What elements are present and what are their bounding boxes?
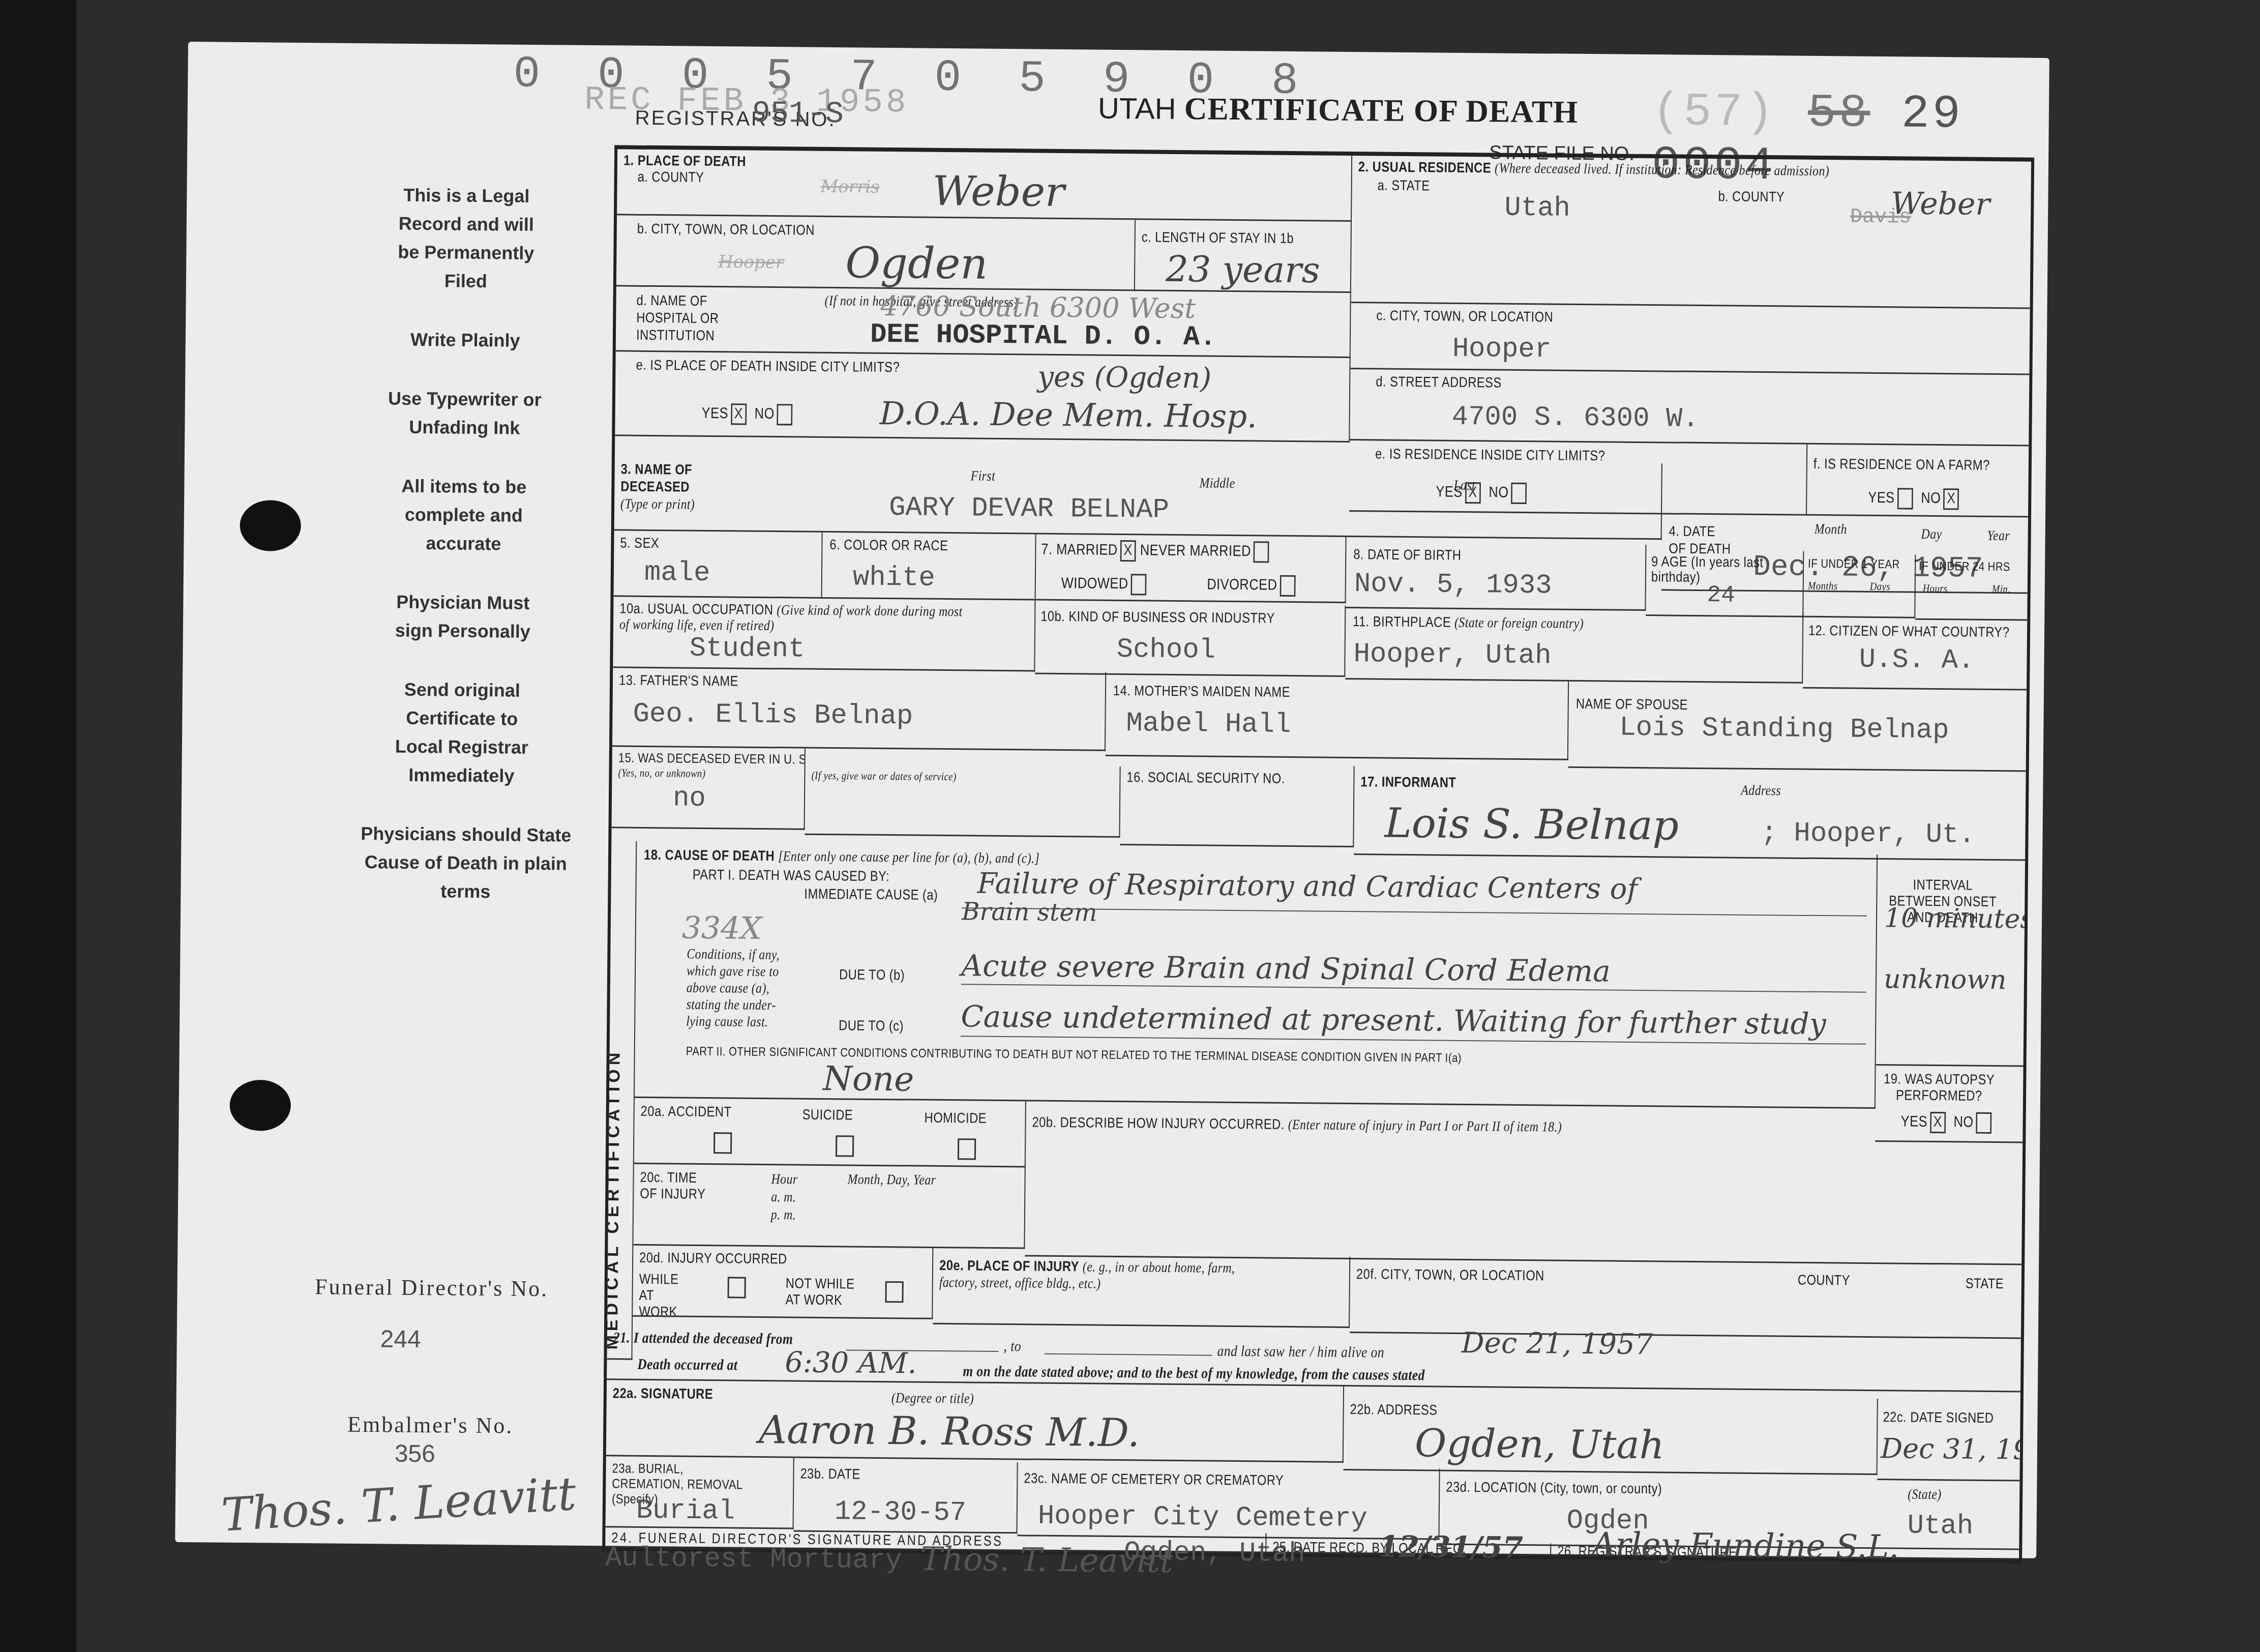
birthplace-hint: (State or foreign country) [1454, 615, 1584, 632]
divorced-checkbox[interactable] [1280, 575, 1295, 597]
field-birthplace[interactable]: 11. BIRTHPLACE (State or foreign country… [1345, 608, 1803, 684]
punch-hole-lower [229, 1080, 291, 1131]
usual-residence-label: 2. USUAL RESIDENCE [1358, 159, 1491, 175]
cause-b-value: Acute severe Brain and Spinal Cord Edema [961, 948, 1611, 988]
field-physician-signature[interactable]: 22a. SIGNATURE (Degree or title) Aaron B… [606, 1380, 1344, 1463]
signature-label: 22a. SIGNATURE [613, 1385, 713, 1402]
citizen-value: U.S. A. [1859, 644, 1974, 676]
embalmer-no: 356 [395, 1440, 436, 1468]
length-of-stay-label: c. LENGTH OF STAY IN 1b [1142, 229, 1294, 247]
state-file-struck: 58 [1808, 86, 1870, 140]
suicide-label: SUICIDE [802, 1107, 853, 1124]
funeral-home-value: Aultorest Mortuary [605, 1543, 902, 1576]
never-married-checkbox[interactable] [1254, 541, 1269, 563]
homicide-label: HOMICIDE [924, 1110, 987, 1127]
age-value: 24 [1707, 582, 1735, 608]
hour-label: Hour [771, 1171, 797, 1187]
death-city-struck: Hooper [718, 252, 784, 273]
date-signed-value: Dec 31, 1957 [1881, 1432, 2020, 1466]
spouse-value: Lois Standing Belnap [1619, 713, 1949, 747]
hospital-typed: DEE HOSPITAL D. O. A. [870, 319, 1216, 353]
death-city-value: Ogden [845, 238, 988, 288]
attended-label: 21. I attended the deceased from [613, 1329, 793, 1347]
burial-date-value: 12-30-57 [835, 1496, 967, 1528]
title-state: UTAH [1098, 92, 1176, 126]
field-physician-address[interactable]: 22b. ADDRESS Ogden, Utah [1344, 1394, 1878, 1475]
first-label: First [970, 468, 995, 484]
field-mother[interactable]: 14. MOTHER'S MAIDEN NAME Mabel Hall [1106, 677, 1569, 760]
death-inside-city-label: e. IS PLACE OF DEATH INSIDE CITY LIMITS? [636, 357, 900, 376]
last-label: Last [1453, 478, 1475, 493]
part2-value: None [823, 1059, 914, 1099]
mother-label: 14. MOTHER'S MAIDEN NAME [1113, 683, 1290, 700]
death-county-label: a. COUNTY [638, 169, 704, 186]
married-checkbox[interactable]: X [1120, 540, 1136, 562]
residence-city-value: Hooper [1452, 334, 1552, 366]
field-hospital[interactable]: d. NAME OF HOSPITAL OR INSTITUTION (If n… [616, 286, 1351, 358]
injury-describe-hint: (Enter nature of injury in Part I or Par… [1288, 1117, 1562, 1135]
field-informant[interactable]: 17. INFORMANT Address Lois S. Belnap ; H… [1354, 769, 2026, 861]
state-file-prefix: (57) [1652, 85, 1777, 139]
citizen-label: 12. CITIZEN OF WHAT COUNTRY? [1808, 623, 2010, 640]
ssn-label: 16. SOCIAL SECURITY NO. [1126, 769, 1285, 787]
field-attendance-statement[interactable]: 21. I attended the deceased from , to an… [607, 1319, 2021, 1392]
field-under-24-hrs[interactable]: IF UNDER 24 HRS Hours Min. [1915, 556, 2028, 621]
field-injury-at-work[interactable]: 20d. INJURY OCCURRED WHILE AT WORK NOT W… [633, 1246, 933, 1319]
death-time: 6:30 AM. [785, 1346, 917, 1380]
death-county-struck: Morris [820, 176, 879, 197]
field-race[interactable]: 6. COLOR OR RACE white [822, 533, 1036, 601]
due-to-b-label: DUE TO (b) [839, 966, 905, 983]
occupation-label: 10a. USUAL OCCUPATION [619, 600, 773, 617]
armed-forces-label: 15. WAS DECEASED EVER IN U. S. ARMED FOR… [618, 750, 806, 768]
field-date-of-birth[interactable]: 8. DATE OF BIRTH Nov. 5, 1933 [1346, 542, 1646, 611]
residence-state-value: Utah [1504, 193, 1570, 224]
married-label: MARRIED [1056, 541, 1118, 558]
business-label: 10b. KIND OF BUSINESS OR INDUSTRY [1040, 608, 1275, 627]
embalmer-no-label: Embalmer's No. [278, 1411, 583, 1439]
field-death-county[interactable]: 1. PLACE OF DEATH a. COUNTY Morris Weber [617, 149, 1352, 222]
time-injury-label: 20c. TIME OF INJURY [640, 1169, 713, 1202]
attended-to-label: , to [1004, 1338, 1022, 1354]
cause-a2-value: Brain stem [962, 897, 1097, 927]
cause-code: 334X [682, 910, 762, 947]
injury-state-label: STATE [1966, 1276, 2004, 1292]
autopsy-label: 19. WAS AUTOPSY PERFORMED? [1881, 1071, 1998, 1104]
deceased-name-value: GARY DEVAR BELNAP [889, 492, 1169, 526]
while-work-checkbox[interactable] [727, 1277, 746, 1298]
death-inside-city-no-checkbox[interactable] [777, 404, 793, 425]
conditions-hint: Conditions, if any, which gave rise to a… [686, 947, 780, 1030]
widowed-checkbox[interactable] [1131, 574, 1147, 595]
note-plain-terms: Physicians should State Cause of Death i… [359, 819, 573, 907]
residence-city-label: c. CITY, TOWN, OR LOCATION [1376, 307, 1553, 325]
field-cause-of-death[interactable]: 18. CAUSE OF DEATH [Enter only one cause… [635, 844, 1878, 1109]
note-complete: All items to be complete and accurate [387, 471, 540, 558]
field-manner[interactable]: 20a. ACCIDENT SUICIDE HOMICIDE [634, 1098, 1026, 1168]
dob-label: 8. DATE OF BIRTH [1353, 546, 1461, 564]
burial-location-label: 23d. LOCATION (City, town, or county) [1446, 1479, 1662, 1497]
residence-county-value: Weber [1891, 186, 1990, 222]
race-value: white [853, 562, 936, 594]
homicide-checkbox[interactable] [958, 1138, 976, 1160]
armed-forces-hint2: (If yes, give war or dates of service) [811, 769, 956, 783]
field-burial-date[interactable]: 23b. DATE 12-30-57 [793, 1461, 1018, 1534]
father-value: Geo. Ellis Belnap [633, 699, 913, 732]
year-label: Year [1987, 528, 2010, 544]
note-typewriter: Use Typewriter or Unfading Ink [378, 384, 551, 442]
date-signed-label: 22c. DATE SIGNED [1883, 1409, 1994, 1426]
residence-state-label: a. STATE [1377, 177, 1430, 194]
physician-address-label: 22b. ADDRESS [1350, 1401, 1437, 1418]
informant-signature: Lois S. Belnap [1384, 800, 1679, 849]
month-label: Month [1815, 521, 1848, 538]
funeral-director-no: 244 [380, 1325, 422, 1353]
death-inside-city-note: yes (Ogden) [1037, 361, 1211, 395]
place-injury-label: 20e. PLACE OF INJURY [939, 1257, 1079, 1274]
funeral-director-no-label: Funeral Director's No. [279, 1274, 584, 1303]
injury-county-label: COUNTY [1798, 1272, 1850, 1289]
burial-state-value: Utah [1907, 1511, 1973, 1542]
residence-street-value: 4700 S. 6300 W. [1451, 402, 1699, 435]
interval-a-value: 10 minutes [1884, 903, 2025, 935]
alive-on-label: alive on [1341, 1344, 1384, 1361]
birthplace-value: Hooper, Utah [1353, 639, 1551, 671]
informant-label: 17. INFORMANT [1360, 774, 1456, 790]
physician-signature: Aaron B. Ross M.D. [759, 1407, 1140, 1456]
residence-county-label: b. COUNTY [1718, 188, 1785, 205]
certificate-title: UTAH CERTIFICATE OF DEATH [1098, 91, 1579, 131]
field-length-of-stay[interactable]: c. LENGTH OF STAY IN 1b 23 years [1135, 220, 1352, 293]
physician-address: Ogden, Utah [1415, 1420, 1664, 1467]
cause-c-value: Cause undetermined at present. Waiting f… [961, 999, 1826, 1041]
mdy-label: Month, Day, Year [847, 1171, 936, 1188]
usual-residence-hint: (Where deceased lived. If institution: R… [1495, 160, 1829, 179]
degree-label: (Degree or title) [891, 1390, 974, 1406]
death-inside-city-yes-checkbox[interactable]: X [731, 403, 747, 425]
informant-address-label: Address [1741, 783, 1781, 799]
residence-street-label: d. STREET ADDRESS [1376, 373, 1502, 391]
place-of-death-label: 1. PLACE OF DEATH [623, 152, 746, 169]
suicide-checkbox[interactable] [836, 1135, 854, 1157]
field-spouse[interactable]: NAME OF SPOUSE Lois Standing Belnap [1568, 692, 2027, 772]
day-label: Day [1921, 526, 1942, 542]
divorced-label: DIVORCED [1207, 576, 1277, 593]
scanner-edge-strip [0, 0, 76, 1652]
field-marital-status[interactable]: 7. MARRIEDXNEVER MARRIED WIDOWEDDIVORCED [1035, 535, 1346, 603]
death-city-label: b. CITY, TOWN, OR LOCATION [637, 221, 815, 239]
certificate-form: 1. PLACE OF DEATH a. COUNTY Morris Weber… [602, 145, 2034, 1563]
marital-num: 7. [1041, 541, 1052, 558]
field-father[interactable]: 13. FATHER'S NAME Geo. Ellis Belnap [612, 668, 1106, 751]
medical-certification-band: MEDICAL CERTIFICATION [607, 841, 637, 1360]
am-label: a. m. [771, 1189, 796, 1205]
widowed-label: WIDOWED [1061, 575, 1128, 592]
accident-checkbox[interactable] [713, 1132, 732, 1154]
her-him-label: her / him [1289, 1343, 1337, 1361]
interval-b-value: unknown [1884, 964, 2007, 995]
not-while-work-label: NOT WHILE AT WORK [785, 1275, 855, 1308]
death-occurred-label: Death occurred at [637, 1356, 737, 1374]
death-county-value: Weber [932, 167, 1065, 216]
months-label: Months [1808, 579, 1838, 593]
under-1-year-label: IF UNDER 1 YEAR [1808, 557, 1900, 572]
disposition-value: Burial [636, 1495, 735, 1527]
accident-label: 20a. ACCIDENT [641, 1103, 732, 1120]
hospital-label: d. NAME OF HOSPITAL OR INSTITUTION [636, 292, 749, 345]
field-citizen[interactable]: 12. CITIZEN OF WHAT COUNTRY? U.S. A. [1803, 617, 2027, 691]
pm-label: p. m. [771, 1207, 796, 1223]
last-saw-label: and last saw [1217, 1343, 1285, 1360]
sex-label: 5. SEX [620, 535, 659, 551]
note-write-plainly: Write Plainly [389, 325, 542, 355]
occupation-value: Student [689, 633, 805, 665]
while-work-label: WHILE AT WORK [639, 1271, 695, 1319]
never-married-label: NEVER MARRIED [1140, 542, 1251, 559]
deceased-name-hint: (Type or print) [620, 496, 695, 512]
field-residence-street[interactable]: d. STREET ADDRESS 4700 S. 6300 W. [1350, 369, 2029, 447]
residence-farm-label: f. IS RESIDENCE ON A FARM? [1813, 456, 1990, 474]
field-occupation[interactable]: 10a. USUAL OCCUPATION (Give kind of work… [613, 597, 1035, 671]
note-physician-sign: Physician Must sign Personally [386, 587, 540, 646]
race-label: 6. COLOR OR RACE [829, 537, 948, 554]
field-residence-state-county[interactable]: 2. USUAL RESIDENCE (Where deceased lived… [1351, 156, 2031, 309]
field-armed-forces[interactable]: 15. WAS DECEASED EVER IN U. S. ARMED FOR… [612, 747, 806, 830]
cause-of-death-label: 18. CAUSE OF DEATH [644, 847, 775, 864]
cause-of-death-hint: [Enter only one cause per line for (a), … [778, 848, 1039, 866]
hours-label: Hours [1923, 582, 1948, 595]
residence-farm-yes-checkbox[interactable] [1897, 488, 1913, 509]
days-label: Days [1870, 580, 1890, 593]
field-deceased-name[interactable]: 3. NAME OF DECEASED(Type or print) First… [614, 454, 1662, 540]
field-disposition[interactable]: 23a. BURIAL, CREMATION, REMOVAL (Specify… [606, 1456, 794, 1529]
length-of-stay-value: 23 years [1166, 248, 1320, 291]
punch-hole-upper [240, 500, 301, 551]
min-label: Min. [1992, 582, 2011, 595]
registrar-no: 951-S [752, 97, 844, 132]
note-legal-record: This is a Legal Record and will be Perma… [390, 181, 543, 296]
field-date-signed[interactable]: 22c. DATE SIGNED Dec 31, 1957 [1877, 1404, 2020, 1481]
part2-label: PART II. OTHER SIGNIFICANT CONDITIONS CO… [686, 1045, 1462, 1066]
medical-certification-label: MEDICAL CERTIFICATION [607, 1048, 624, 1349]
field-cemetery[interactable]: 23c. NAME OF CEMETERY OR CREMATORY Hoope… [1017, 1465, 1440, 1540]
burial-date-label: 23b. DATE [800, 1466, 860, 1483]
part1-label: PART I. DEATH WAS CAUSED BY: [693, 867, 890, 884]
deceased-name-label: 3. NAME OF DECEASED [620, 461, 692, 494]
field-armed-forces-service[interactable]: (If yes, give war or dates of service) [805, 764, 1120, 838]
cemetery-value: Hooper City Cemetery [1037, 1501, 1367, 1535]
armed-forces-hint1: (Yes, no, or unknown) [618, 766, 705, 779]
death-inside-city-note2: D.O.A. Dee Mem. Hosp. [879, 395, 1257, 435]
under-24-label: IF UNDER 24 HRS [1919, 559, 2010, 575]
mother-value: Mabel Hall [1126, 708, 1291, 741]
registrar-signature: Arley Fundine S.L. [1592, 1526, 1899, 1566]
birthplace-label: 11. BIRTHPLACE [1353, 613, 1451, 630]
certificate-paper: 0 0 0 5 7 0 5 9 0 8 REC FEB 3 1958 REGIS… [175, 42, 2049, 1558]
burial-state-label: (State) [1908, 1487, 1942, 1503]
informant-address: ; Hooper, Ut. [1761, 818, 1975, 851]
field-interval[interactable]: INTERVAL BETWEEN ONSET AND DEATH 10 minu… [1876, 872, 2025, 1067]
last-saw-date: Dec 21, 1957 [1461, 1326, 1653, 1361]
field-death-inside-city[interactable]: e. IS PLACE OF DEATH INSIDE CITY LIMITS?… [615, 351, 1350, 442]
residence-farm-no-checkbox[interactable]: X [1943, 488, 1959, 510]
field-under-1-year[interactable]: IF UNDER 1 YEAR Months Days [1803, 554, 1916, 618]
field-residence-farm[interactable]: f. IS RESIDENCE ON A FARM? YES NOX [1807, 445, 2029, 518]
note-send-original: Send original Certificate to Local Regis… [385, 675, 539, 790]
due-to-c-label: DUE TO (c) [839, 1017, 904, 1034]
injury-city-label: 20f. CITY, TOWN, OR LOCATION [1356, 1266, 1544, 1284]
sex-value: male [644, 557, 710, 589]
age-label: 9 AGE (In years last birthday) [1651, 554, 1773, 585]
immediate-cause-label: IMMEDIATE CAUSE (a) [804, 886, 938, 903]
field-sex[interactable]: 5. SEX male [614, 530, 823, 599]
field-death-city[interactable]: b. CITY, TOWN, OR LOCATION Hooper Ogden [616, 215, 1136, 291]
spouse-label: NAME OF SPOUSE [1576, 696, 1688, 713]
field-age[interactable]: 9 AGE (In years last birthday) 24 [1646, 550, 1804, 617]
title-text: CERTIFICATE OF DEATH [1184, 92, 1578, 130]
field-residence-city[interactable]: c. CITY, TOWN, OR LOCATION Hooper [1350, 303, 2030, 375]
field-injury-description[interactable]: 20b. DESCRIBE HOW INJURY OCCURRED. (Ente… [1025, 1109, 2023, 1265]
father-label: 13. FATHER'S NAME [619, 672, 738, 689]
death-occurred-suffix: m on the date stated above; and to the b… [963, 1363, 1425, 1383]
not-while-work-checkbox[interactable] [885, 1281, 903, 1303]
field-ssn[interactable]: 16. SOCIAL SECURITY NO. [1120, 764, 1354, 847]
middle-label: Middle [1199, 475, 1235, 491]
armed-forces-value: no [673, 783, 706, 814]
injury-describe-label: 20b. DESCRIBE HOW INJURY OCCURRED. [1032, 1114, 1285, 1132]
injury-occurred-label: 20d. INJURY OCCURRED [639, 1250, 787, 1267]
field-place-of-injury[interactable]: 20e. PLACE OF INJURY (e. g., in or about… [933, 1253, 1350, 1328]
margin-signature: Thos. T. Leavitt [220, 1467, 577, 1542]
cemetery-label: 23c. NAME OF CEMETERY OR CREMATORY [1024, 1470, 1284, 1488]
field-business[interactable]: 10b. KIND OF BUSINESS OR INDUSTRY School [1035, 603, 1346, 677]
dob-value: Nov. 5, 1933 [1354, 569, 1552, 601]
field-time-of-injury[interactable]: 20c. TIME OF INJURY Houra. m.p. m. Month… [633, 1164, 1025, 1249]
business-value: School [1116, 634, 1215, 666]
instructions-sidebar: This is a Legal Record and will be Perma… [181, 179, 604, 937]
date-received-value: 12/31/57 [1378, 1529, 1523, 1565]
